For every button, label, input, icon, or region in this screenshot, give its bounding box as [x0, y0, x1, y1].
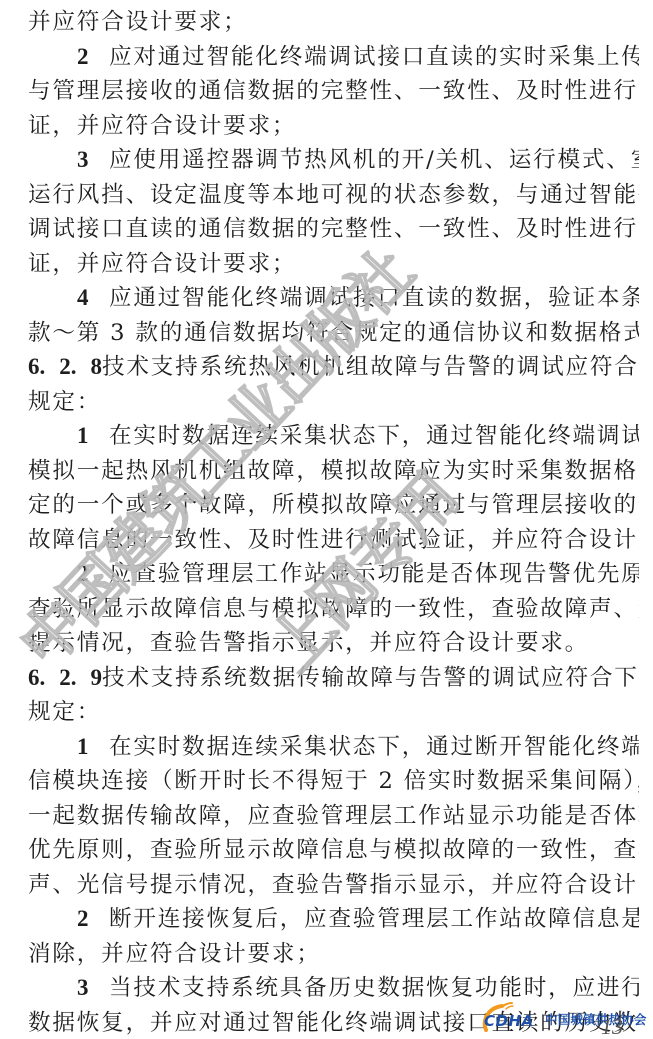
item-number: 1: [77, 419, 109, 454]
line-text: 在实时数据连续采集状态下，通过断开智能化终端与通: [109, 734, 639, 760]
text-line: 规定：: [28, 695, 639, 730]
line-text: 与管理层接收的通信数据的完整性、一致性、及时性进行测试验: [28, 78, 639, 104]
line-text: 在实时数据连续采集状态下，通过智能化终端调试接口: [109, 423, 639, 449]
line-text: 断开连接恢复后，应查验管理层工作站故障信息是否已: [109, 906, 639, 932]
clause-heading: 6. 2. 9技术支持系统数据传输故障与告警的调试应符合下列: [28, 661, 639, 696]
clause-heading: 6. 2. 8技术支持系统热风机机组故障与告警的调试应符合下列: [28, 350, 639, 385]
list-item: 1在实时数据连续采集状态下，通过智能化终端调试接口: [28, 419, 639, 454]
line-text: 当技术支持系统具备历史数据恢复功能时，应进行历史: [109, 975, 639, 1001]
line-text: 一起数据传输故障，应查验管理层工作站显示功能是否体现告警: [28, 803, 639, 829]
line-text: 证，并应符合设计要求；: [28, 251, 296, 277]
text-line: 定的一个或多个故障，所模拟故障应通过与管理层接收的热风机: [28, 488, 639, 523]
text-line: 款～第 3 款的通信数据均符合规定的通信协议和数据格式。: [28, 316, 639, 351]
text-line: 证，并应符合设计要求；: [28, 109, 639, 144]
document-page: 并应符合设计要求； 2应对通过智能化终端调试接口直读的实时采集上传数据 与管理层…: [0, 0, 653, 1039]
text-line: 消除，并应符合设计要求；: [28, 937, 639, 972]
line-text: 优先原则，查验所显示故障信息与模拟故障的一致性，查验故障: [28, 837, 639, 863]
text-line: 调试接口直读的通信数据的完整性、一致性、及时性进行测试验: [28, 212, 639, 247]
text-line: 优先原则，查验所显示故障信息与模拟故障的一致性，查验故障: [28, 833, 639, 868]
line-text: 声、光信号提示情况，查验告警指示显示，并应符合设计要求；: [28, 872, 639, 898]
page-number: 13: [601, 1014, 623, 1039]
line-text: 运行风挡、设定温度等本地可视的状态参数，与通过智能化终端: [28, 182, 639, 208]
text-line: 一起数据传输故障，应查验管理层工作站显示功能是否体现告警: [28, 799, 639, 834]
line-text: 故障信息的一致性、及时性进行测试验证，并应符合设计要求；: [28, 527, 639, 553]
clause-number: 6. 2. 9: [28, 661, 102, 696]
list-item: 4应通过智能化终端调试接口直读的数据，验证本条第 1: [28, 281, 639, 316]
text-line: 并应符合设计要求；: [28, 5, 639, 40]
cdha-logo: CDHA: [476, 1000, 538, 1032]
line-text: 应使用遥控器调节热风机的开/关机、运行模式、室内机: [109, 147, 639, 173]
list-item: 2应对通过智能化终端调试接口直读的实时采集上传数据: [28, 40, 639, 75]
line-text: 模拟一起热风机机组故障，模拟故障应为实时采集数据格式中规: [28, 458, 639, 484]
organization-name: 中国城镇供热协会: [545, 1010, 647, 1028]
text-line: 规定：: [28, 385, 639, 420]
clause-number: 6. 2. 8: [28, 350, 102, 385]
list-item: 3应使用遥控器调节热风机的开/关机、运行模式、室内机: [28, 143, 639, 178]
line-text: 应查验管理层工作站显示功能是否体现告警优先原则，: [109, 561, 639, 587]
line-text: 技术支持系统热风机机组故障与告警的调试应符合下列: [102, 354, 639, 380]
item-number: 2: [77, 902, 109, 937]
item-number: 2: [77, 557, 109, 592]
list-item: 2应查验管理层工作站显示功能是否体现告警优先原则，: [28, 557, 639, 592]
line-text: 查验所显示故障信息与模拟故障的一致性，查验故障声、光信号: [28, 596, 639, 622]
text-line: 故障信息的一致性、及时性进行测试验证，并应符合设计要求；: [28, 523, 639, 558]
text-line: 信模块连接（断开时长不得短于 2 倍实时数据采集间隔），模拟: [28, 764, 639, 799]
item-number: 3: [77, 971, 109, 1006]
body-text: 并应符合设计要求； 2应对通过智能化终端调试接口直读的实时采集上传数据 与管理层…: [28, 5, 639, 1039]
line-text: 信模块连接（断开时长不得短于 2 倍实时数据采集间隔），模拟: [28, 768, 639, 794]
item-number: 1: [77, 730, 109, 765]
item-number: 2: [77, 40, 109, 75]
line-text: 并应符合设计要求；: [28, 9, 248, 35]
text-line: 查验所显示故障信息与模拟故障的一致性，查验故障声、光信号: [28, 592, 639, 627]
item-number: 3: [77, 143, 109, 178]
line-text: 技术支持系统数据传输故障与告警的调试应符合下列: [102, 665, 639, 691]
line-text: 提示情况，查验告警指示显示，并应符合设计要求。: [28, 630, 589, 656]
logo-text: CDHA: [484, 1012, 534, 1030]
line-text: 定的一个或多个故障，所模拟故障应通过与管理层接收的热风机: [28, 492, 639, 518]
list-item: 3当技术支持系统具备历史数据恢复功能时，应进行历史: [28, 971, 639, 1006]
text-line: 提示情况，查验告警指示显示，并应符合设计要求。: [28, 626, 639, 661]
line-text: 规定：: [28, 699, 101, 725]
line-text: 消除，并应符合设计要求；: [28, 941, 321, 967]
text-line: 证，并应符合设计要求；: [28, 247, 639, 282]
text-line: 运行风挡、设定温度等本地可视的状态参数，与通过智能化终端: [28, 178, 639, 213]
text-line: 与管理层接收的通信数据的完整性、一致性、及时性进行测试验: [28, 74, 639, 109]
list-item: 2断开连接恢复后，应查验管理层工作站故障信息是否已: [28, 902, 639, 937]
list-item: 1在实时数据连续采集状态下，通过断开智能化终端与通: [28, 730, 639, 765]
line-text: 证，并应符合设计要求；: [28, 113, 296, 139]
line-text: 调试接口直读的通信数据的完整性、一致性、及时性进行测试验: [28, 216, 639, 242]
line-text: 规定：: [28, 389, 101, 415]
line-text: 应对通过智能化终端调试接口直读的实时采集上传数据: [109, 44, 639, 70]
text-line: 声、光信号提示情况，查验告警指示显示，并应符合设计要求；: [28, 868, 639, 903]
line-text: 款～第 3 款的通信数据均符合规定的通信协议和数据格式。: [28, 320, 639, 346]
item-number: 4: [77, 281, 109, 316]
line-text: 应通过智能化终端调试接口直读的数据，验证本条第 1: [109, 285, 639, 311]
text-line: 模拟一起热风机机组故障，模拟故障应为实时采集数据格式中规: [28, 454, 639, 489]
